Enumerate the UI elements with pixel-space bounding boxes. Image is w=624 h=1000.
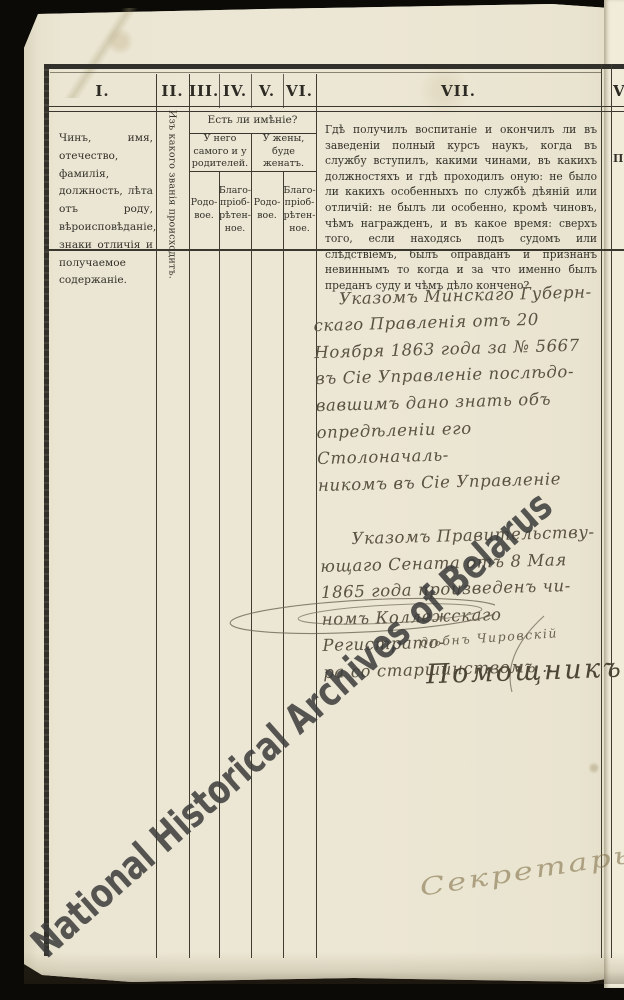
- next-column-numeral-sliver: V: [613, 76, 624, 106]
- numeral-row-rule-2: [44, 111, 624, 112]
- column-numeral-5: V.: [251, 76, 283, 106]
- column-numeral-4: IV.: [219, 76, 251, 106]
- next-column-divider: [611, 64, 612, 958]
- table-left-border: [44, 64, 49, 956]
- column-numeral-3: III.: [189, 76, 219, 106]
- numeral-row-rule-1: [44, 106, 624, 107]
- column-numeral-6: VI.: [283, 76, 316, 106]
- estate-self-subheader: У него самого и у родителей.: [191, 135, 249, 169]
- col1-header-text: Чинъ, имя, отечество, фамилія, должность…: [59, 130, 153, 290]
- table-top-inner-line: [50, 72, 601, 73]
- divider-col5-col6: [283, 172, 284, 958]
- divider-col4-col5: [251, 134, 252, 958]
- col5-hereditary-label: Родо- вое.: [252, 172, 282, 248]
- column-numeral-7: VII.: [316, 76, 601, 106]
- next-column-text-sliver: П: [613, 152, 623, 165]
- table-top-border: [44, 64, 624, 69]
- archival-scan: I. II. III. IV. V. VI. VII. V Чинъ, имя,…: [0, 0, 624, 1000]
- col3-hereditary-label: Родо- вое.: [190, 172, 218, 248]
- column-numeral-2: II.: [156, 76, 189, 106]
- divider-col3-col4: [219, 172, 220, 958]
- estate-wife-subheader: У жены, буде женатъ.: [253, 135, 314, 169]
- col4-acquired-label: Благо- пріоб- рѣтен- ное.: [220, 172, 250, 248]
- col6-acquired-label: Благо- пріоб- рѣтен- ное.: [284, 172, 315, 248]
- col2-header-vertical-text: Изъ какого званія происходитъ.: [167, 110, 178, 252]
- divider-col6-col7: [316, 74, 317, 958]
- column-numeral-1: I.: [49, 76, 156, 106]
- estate-question-title: Есть ли имѣніе?: [189, 114, 316, 126]
